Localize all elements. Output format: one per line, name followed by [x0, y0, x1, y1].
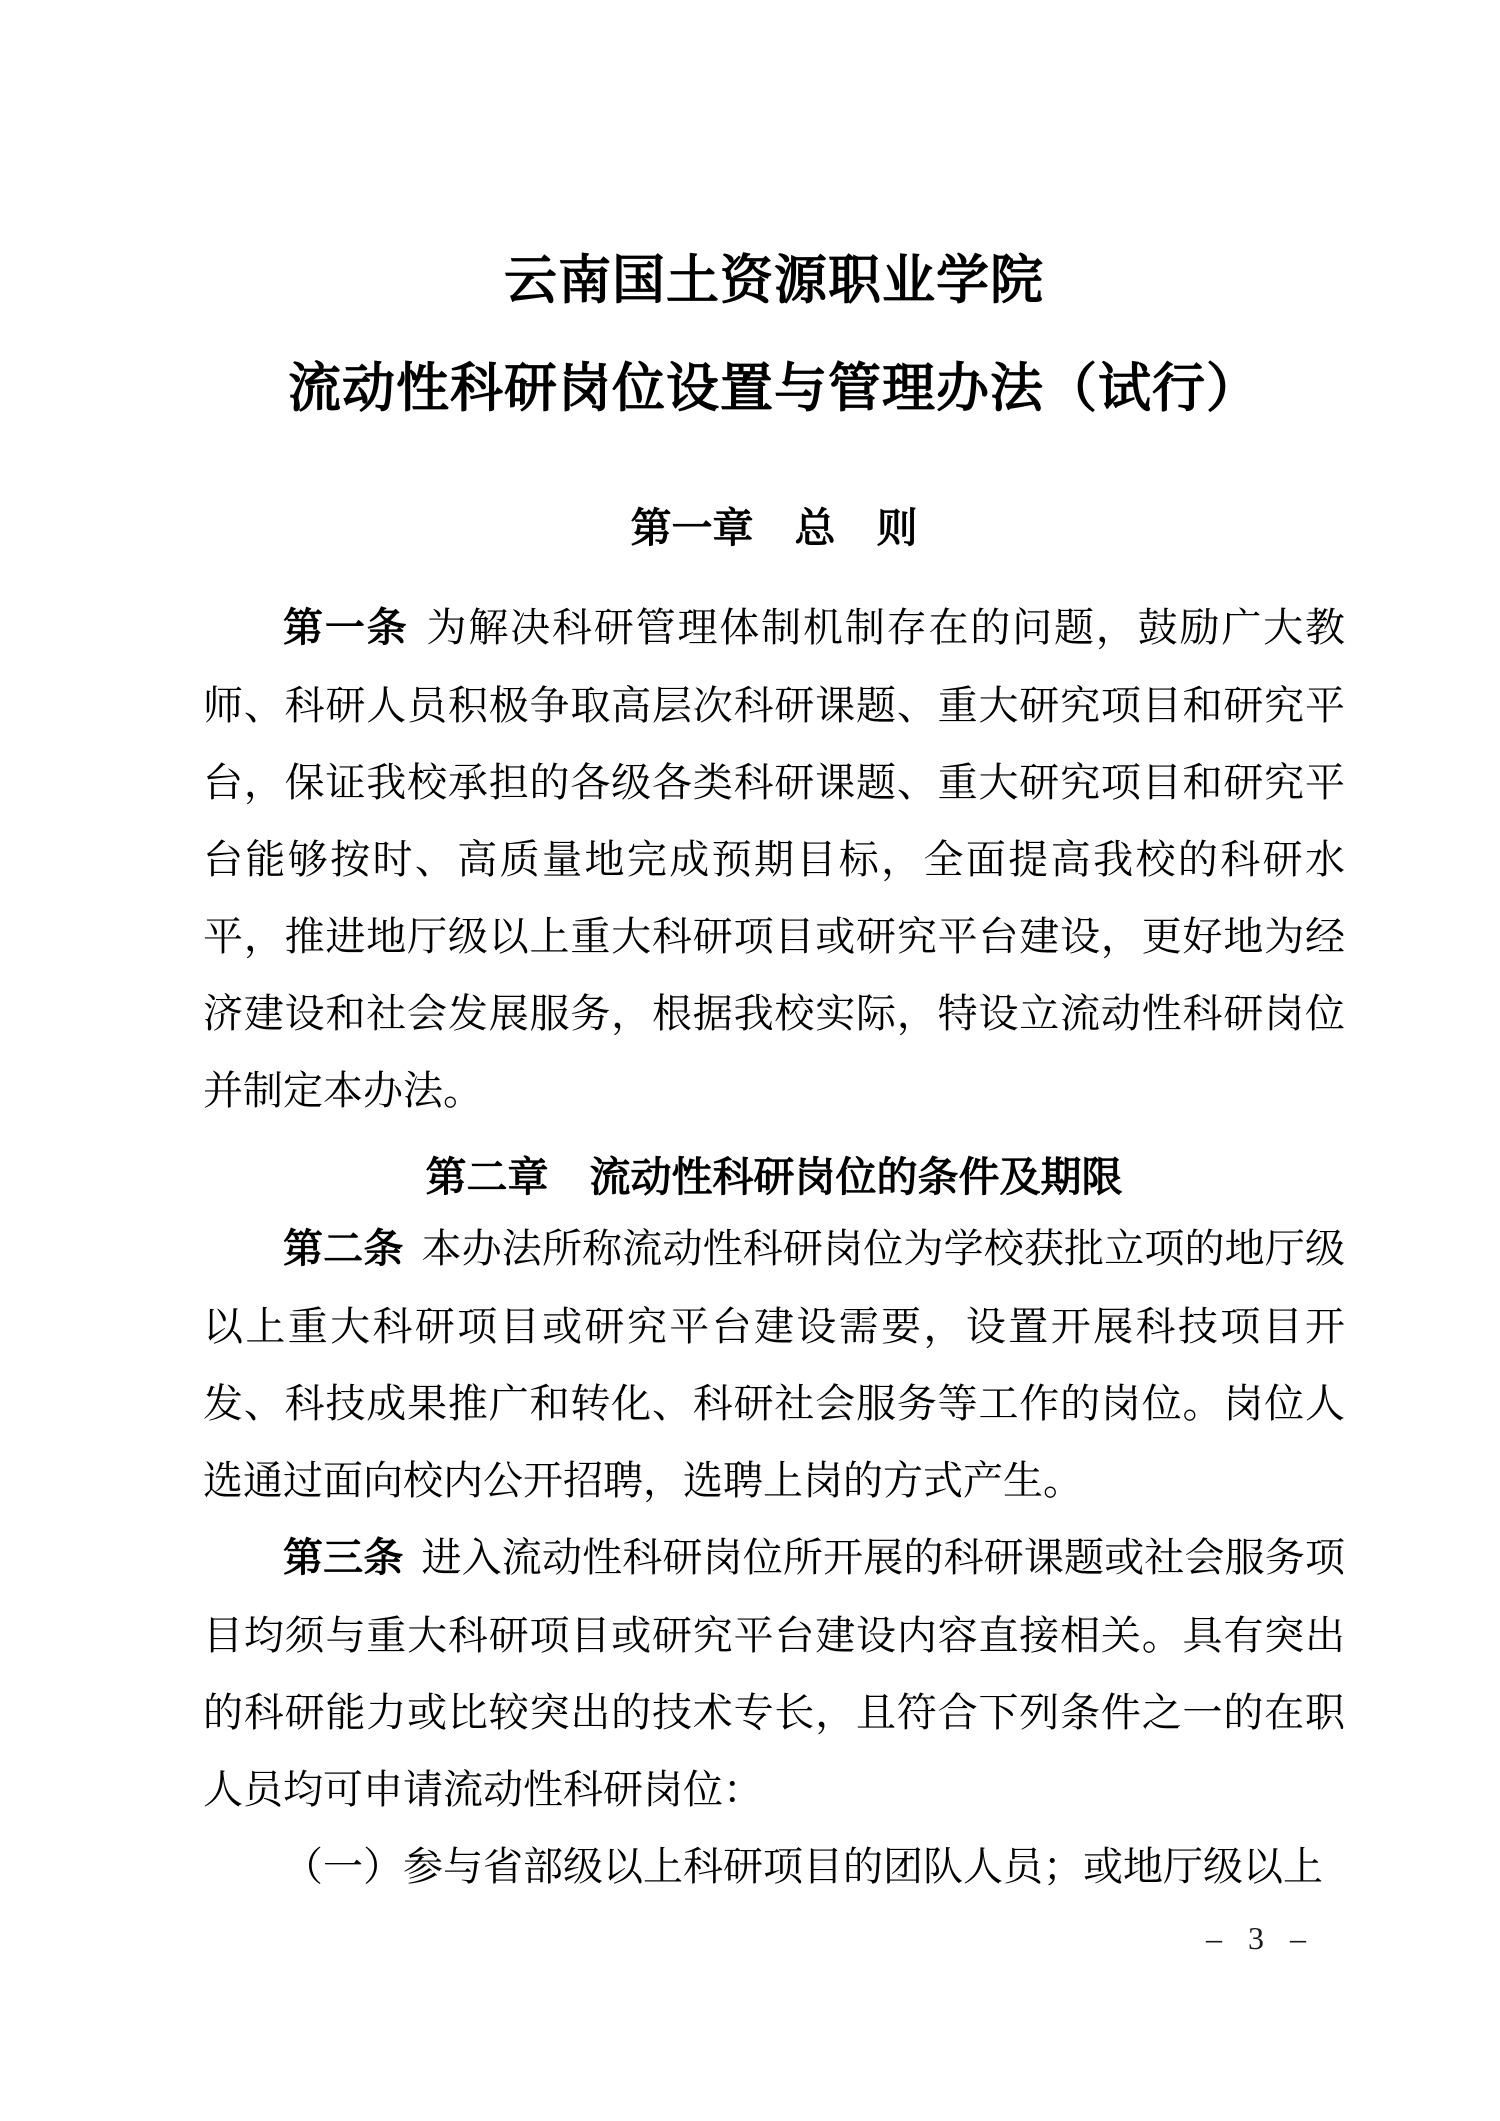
chapter-1-heading: 第一章 总 则: [203, 506, 1345, 550]
document-page: 云南国土资源职业学院 流动性科研岗位设置与管理办法（试行） 第一章 总 则 第一…: [0, 0, 1500, 2121]
doc-title-line-1: 云南国土资源职业学院: [203, 0, 1345, 310]
article-1-text: 为解决科研管理体制机制存在的问题，鼓励广大教师、科研人员积极争取高层次科研课题、…: [203, 605, 1345, 1113]
article-2-number: 第二条: [283, 1227, 403, 1271]
article-2-paragraph: 第二条本办法所称流动性科研岗位为学校获批立项的地厅级以上重大科研项目或研究平台建…: [203, 1210, 1345, 1519]
article-3-number: 第三条: [283, 1536, 403, 1580]
article-1-paragraph: 第一条为解决科研管理体制机制存在的问题，鼓励广大教师、科研人员积极争取高层次科研…: [203, 589, 1345, 1129]
document-content: 云南国土资源职业学院 流动性科研岗位设置与管理办法（试行） 第一章 总 则 第一…: [203, 0, 1345, 1905]
page-number: – 3 –: [1206, 1918, 1312, 1958]
article-3-paragraph: 第三条进入流动性科研岗位所开展的科研课题或社会服务项目均须与重大科研项目或研究平…: [203, 1519, 1345, 1828]
clause-item-1: （一）参与省部级以上科研项目的团队人员；或地厅级以上: [203, 1828, 1345, 1905]
article-1-number: 第一条: [283, 606, 409, 650]
doc-title-line-2: 流动性科研岗位设置与管理办法（试行）: [203, 360, 1345, 418]
chapter-2-heading: 第二章 流动性科研岗位的条件及期限: [203, 1155, 1345, 1199]
